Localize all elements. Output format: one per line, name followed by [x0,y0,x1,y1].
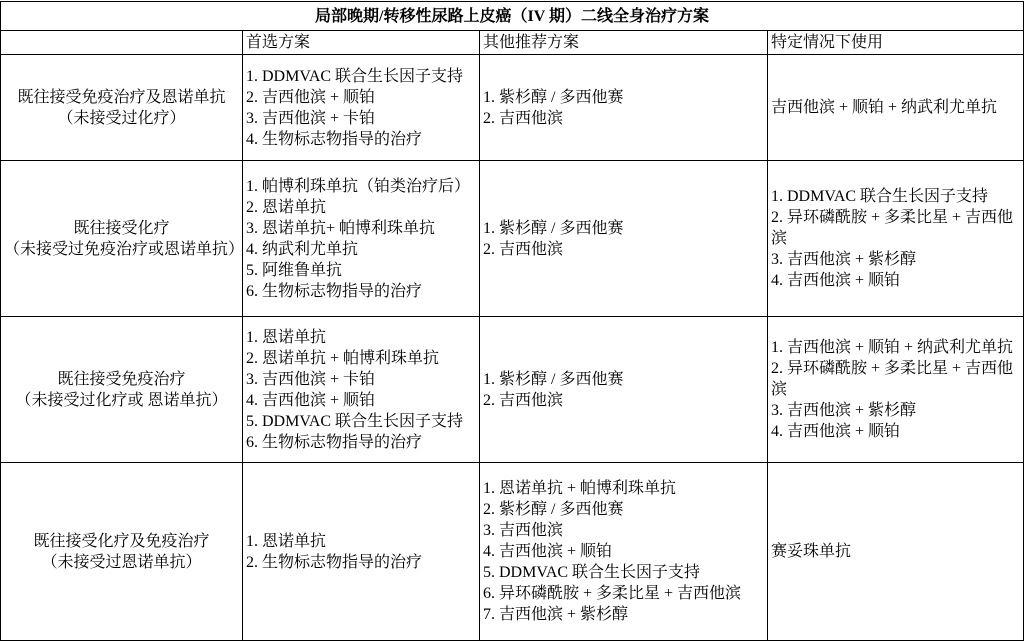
other-recommended-cell: 1. 紫杉醇 / 多西他赛 2. 吉西他滨 [480,161,768,317]
document-page: 局部晚期/转移性尿路上皮癌（IV 期）二线全身治疗方案 首选方案 其他推荐方案 … [0,1,1024,639]
header-other-recommended: 其他推荐方案 [480,31,768,55]
special-circumstances-cell: 1. DDMVAC 联合生长因子支持 2. 异环磷酰胺 + 多柔比星 + 吉西他… [768,161,1024,317]
special-circumstances-cell: 1. 吉西他滨 + 顺铂 + 纳武利尤单抗 2. 异环磷酰胺 + 多柔比星 + … [768,317,1024,463]
other-recommended-cell: 1. 紫杉醇 / 多西他赛 2. 吉西他滨 [480,55,768,161]
condition-cell: 既往接受化疗 （未接受过免疫治疗或恩诺单抗） [1,161,243,317]
condition-cell: 既往接受化疗及免疫治疗 （未接受过恩诺单抗） [1,463,243,641]
header-special-circumstances: 特定情况下使用 [768,31,1024,55]
table-header-row: 首选方案 其他推荐方案 特定情况下使用 [1,31,1024,55]
preferred-cell: 1. 恩诺单抗 2. 恩诺单抗 + 帕博利珠单抗 3. 吉西他滨 + 卡铂 4.… [243,317,480,463]
condition-cell: 既往接受免疫治疗及恩诺单抗 （未接受过化疗） [1,55,243,161]
header-preferred: 首选方案 [243,31,480,55]
table-row: 既往接受免疫治疗 （未接受过化疗或 恩诺单抗） 1. 恩诺单抗 2. 恩诺单抗 … [1,317,1024,463]
special-circumstances-cell: 赛妥珠单抗 [768,463,1024,641]
preferred-cell: 1. 帕博利珠单抗（铂类治疗后） 2. 恩诺单抗 3. 恩诺单抗+ 帕博利珠单抗… [243,161,480,317]
table-row: 既往接受免疫治疗及恩诺单抗 （未接受过化疗） 1. DDMVAC 联合生长因子支… [1,55,1024,161]
table-title-row: 局部晚期/转移性尿路上皮癌（IV 期）二线全身治疗方案 [1,2,1024,31]
header-condition [1,31,243,55]
preferred-cell: 1. DDMVAC 联合生长因子支持 2. 吉西他滨 + 顺铂 3. 吉西他滨 … [243,55,480,161]
table-row: 既往接受化疗 （未接受过免疫治疗或恩诺单抗） 1. 帕博利珠单抗（铂类治疗后） … [1,161,1024,317]
other-recommended-cell: 1. 紫杉醇 / 多西他赛 2. 吉西他滨 [480,317,768,463]
treatment-table: 局部晚期/转移性尿路上皮癌（IV 期）二线全身治疗方案 首选方案 其他推荐方案 … [0,1,1024,641]
other-recommended-cell: 1. 恩诺单抗 + 帕博利珠单抗 2. 紫杉醇 / 多西他赛 3. 吉西他滨 4… [480,463,768,641]
table-row: 既往接受化疗及免疫治疗 （未接受过恩诺单抗） 1. 恩诺单抗 2. 生物标志物指… [1,463,1024,641]
condition-cell: 既往接受免疫治疗 （未接受过化疗或 恩诺单抗） [1,317,243,463]
table-title: 局部晚期/转移性尿路上皮癌（IV 期）二线全身治疗方案 [1,2,1024,31]
preferred-cell: 1. 恩诺单抗 2. 生物标志物指导的治疗 [243,463,480,641]
special-circumstances-cell: 吉西他滨 + 顺铂 + 纳武利尤单抗 [768,55,1024,161]
